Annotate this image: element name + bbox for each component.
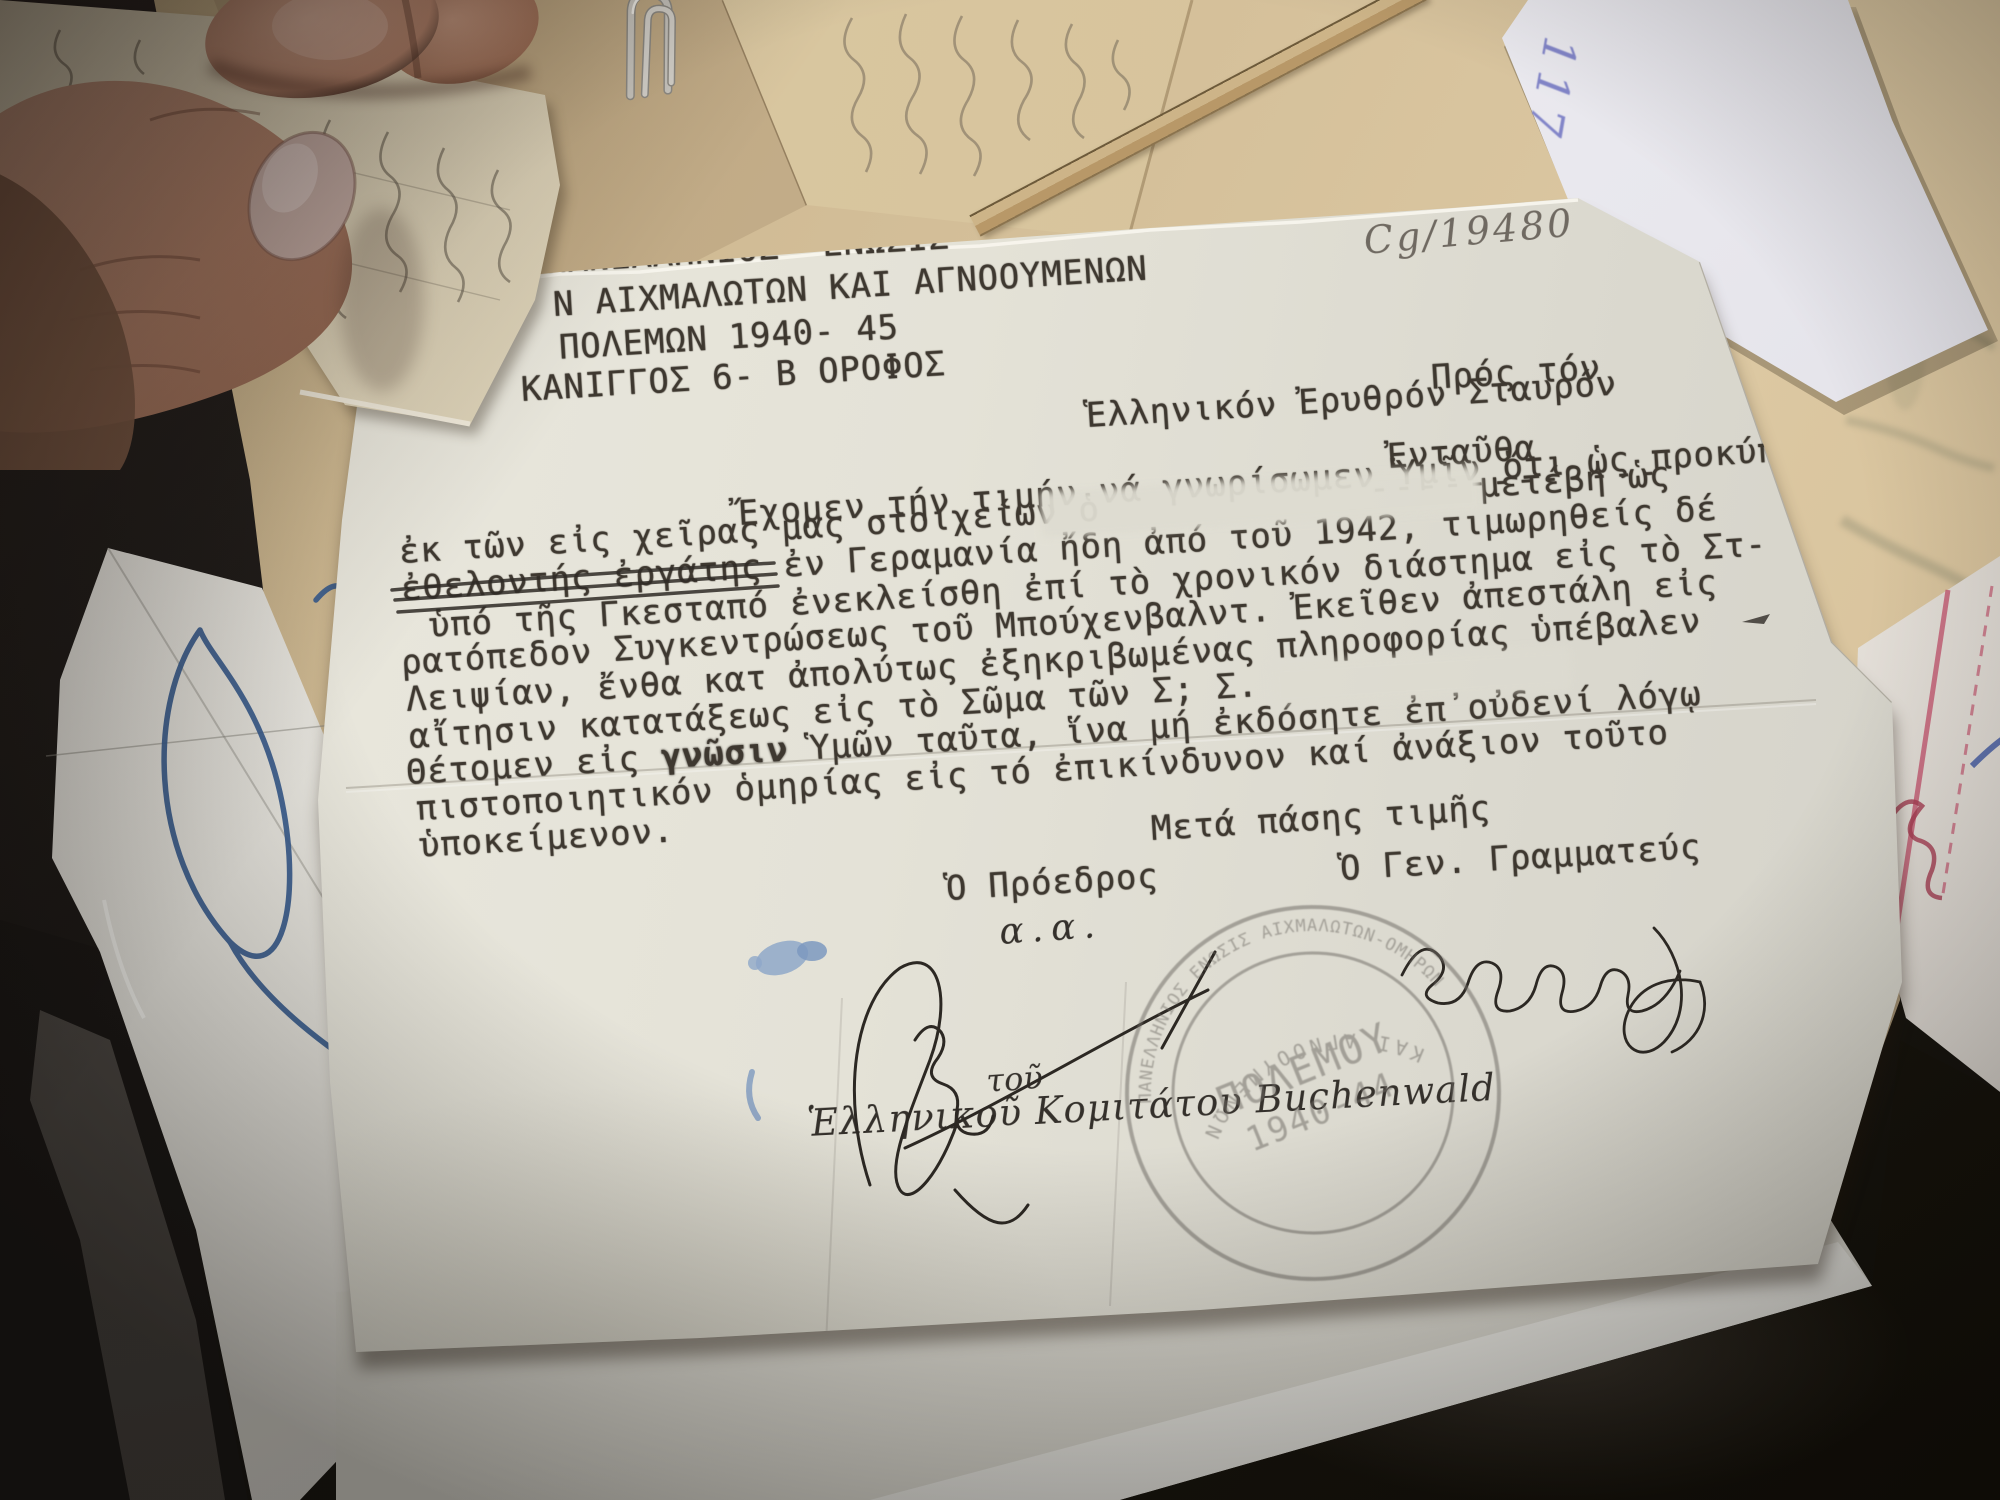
hand [0, 0, 640, 520]
photograph-of-archive-document: 117 [0, 0, 2000, 1500]
cast-shadow [340, 208, 424, 392]
